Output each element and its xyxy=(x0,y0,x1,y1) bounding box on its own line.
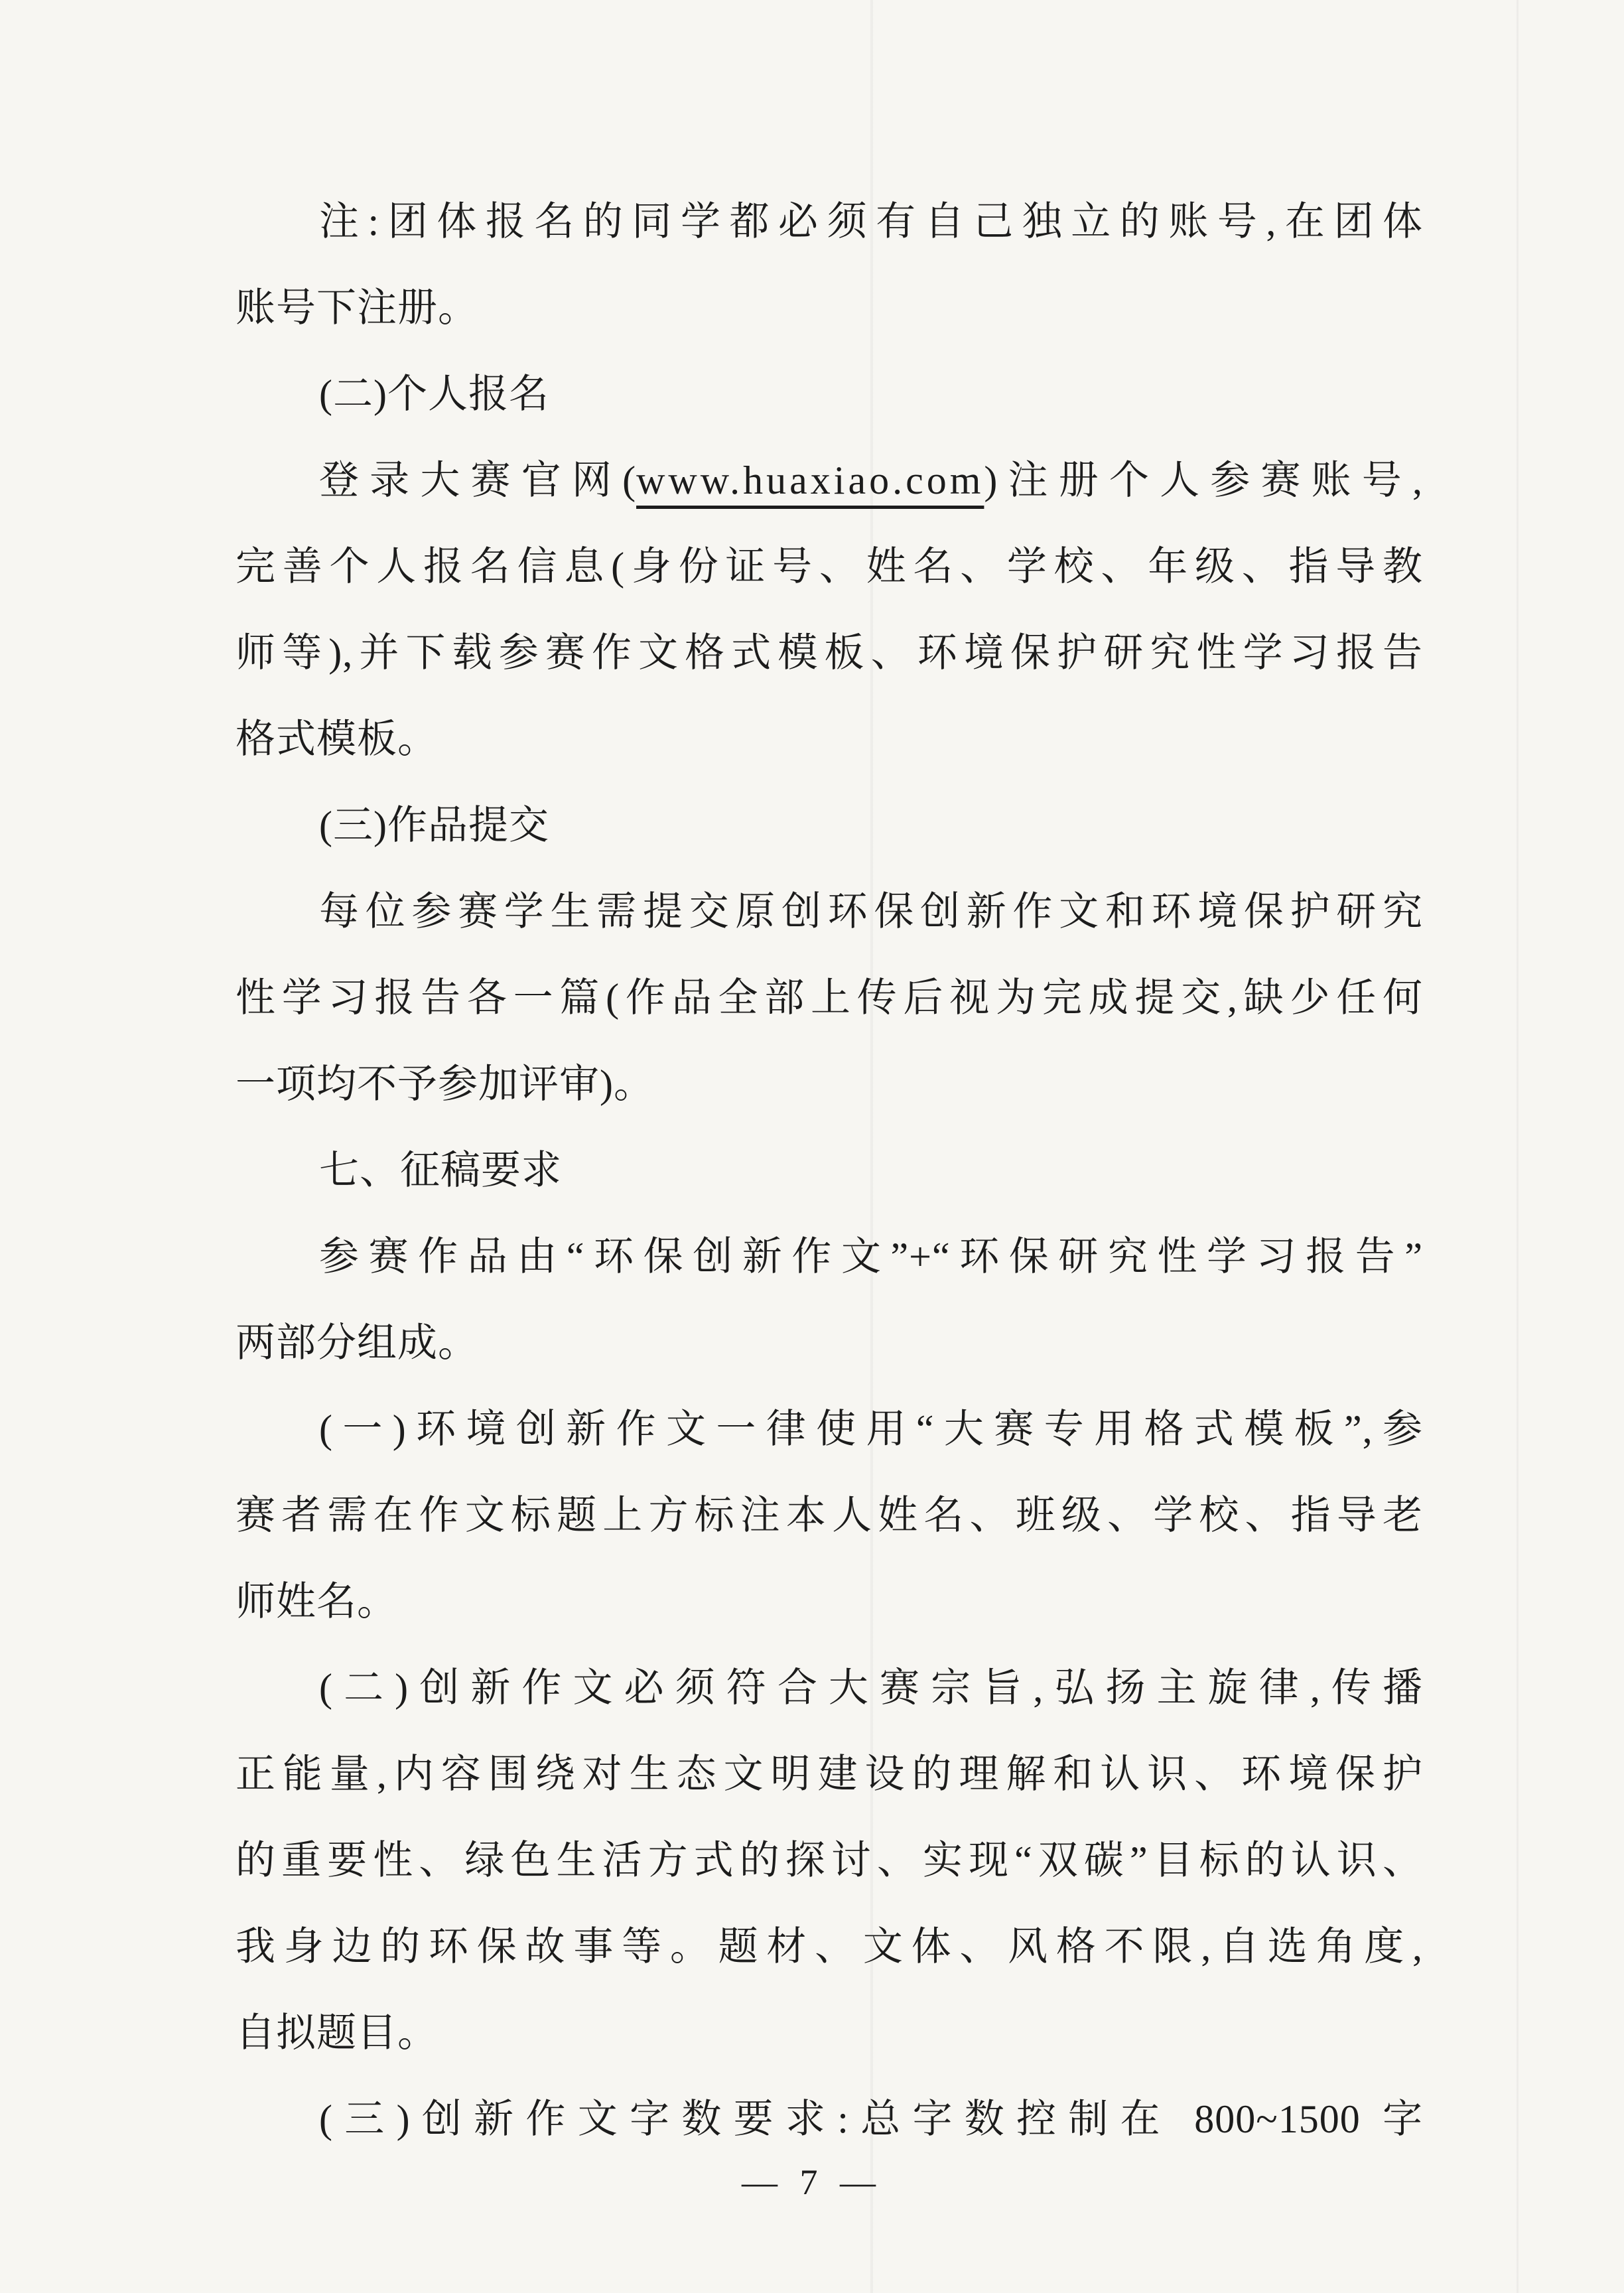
text-segment: 赛者需在作文标题上方标注本人姓名、班级、学校、指导老 xyxy=(236,1494,1423,1537)
text-segment: 师等),并下载参赛作文格式模板、环境保护研究性学习报告 xyxy=(236,631,1423,675)
text-segment: 登录大赛官网( xyxy=(319,458,636,502)
text-line-10: 性学习报告各一篇(作品全部上传后视为完成提交,缺少任何 xyxy=(236,955,1423,1041)
text-line-5: 完善个人报名信息(身份证号、姓名、学校、年级、指导教 xyxy=(236,523,1423,610)
text-line-20: 的重要性、绿色生活方式的探讨、实现“双碳”目标的认识、 xyxy=(236,1817,1423,1904)
text-line-14: 两部分组成。 xyxy=(236,1300,1423,1386)
page-number: — 7 — xyxy=(0,2162,1624,2203)
text-line-9: 每位参赛学生需提交原创环保创新作文和环境保护研究 xyxy=(236,869,1423,955)
text-line-2: 账号下注册。 xyxy=(236,265,1423,351)
text-line-22: 自拟题目。 xyxy=(236,1990,1423,2076)
text-line-6: 师等),并下载参赛作文格式模板、环境保护研究性学习报告 xyxy=(236,610,1423,696)
text-segment: (三)创新作文字数要求:总字数控制在 800~1500 字 xyxy=(319,2097,1423,2141)
text-segment: 一项均不予参加评审)。 xyxy=(236,1062,654,1106)
text-segment: 账号下注册。 xyxy=(236,286,478,330)
text-line-11: 一项均不予参加评审)。 xyxy=(236,1041,1423,1127)
text-segment: 格式模板。 xyxy=(236,717,438,761)
text-line-1: 注:团体报名的同学都必须有自己独立的账号,在团体 xyxy=(236,178,1423,265)
text-line-13: 参赛作品由“环保创新作文”+“环保研究性学习报告” xyxy=(236,1214,1423,1300)
text-segment: 注:团体报名的同学都必须有自己独立的账号,在团体 xyxy=(319,200,1423,243)
text-segment: 两部分组成。 xyxy=(236,1321,478,1365)
url-text: www.huaxiao.com xyxy=(636,458,984,502)
text-line-16: 赛者需在作文标题上方标注本人姓名、班级、学校、指导老 xyxy=(236,1472,1423,1559)
text-line-21: 我身边的环保故事等。题材、文体、风格不限,自选角度, xyxy=(236,1904,1423,1990)
text-line-3: (二)个人报名 xyxy=(236,351,1423,437)
text-line-19: 正能量,内容围绕对生态文明建设的理解和认识、环境保护 xyxy=(236,1731,1423,1817)
text-segment: 完善个人报名信息(身份证号、姓名、学校、年级、指导教 xyxy=(236,545,1423,589)
text-line-7: 格式模板。 xyxy=(236,696,1423,782)
text-line-17: 师姓名。 xyxy=(236,1559,1423,1645)
text-segment: 性学习报告各一篇(作品全部上传后视为完成提交,缺少任何 xyxy=(236,976,1423,1020)
text-line-12: 七、征稿要求 xyxy=(236,1127,1423,1214)
text-segment: 自拟题目。 xyxy=(236,2011,438,2055)
text-line-23: (三)创新作文字数要求:总字数控制在 800~1500 字 xyxy=(236,2076,1423,2162)
text-segment: (三)作品提交 xyxy=(319,803,549,847)
text-segment: 正能量,内容围绕对生态文明建设的理解和认识、环境保护 xyxy=(236,1752,1423,1796)
text-segment: 的重要性、绿色生活方式的探讨、实现“双碳”目标的认识、 xyxy=(236,1839,1423,1882)
document-body: 注:团体报名的同学都必须有自己独立的账号,在团体账号下注册。(二)个人报名登录大… xyxy=(236,178,1423,2162)
text-segment: 七、征稿要求 xyxy=(319,1148,562,1192)
text-line-4: 登录大赛官网(www.huaxiao.com)注册个人参赛账号, xyxy=(236,437,1423,523)
text-segment: )注册个人参赛账号, xyxy=(984,458,1423,502)
text-line-18: (二)创新作文必须符合大赛宗旨,弘扬主旋律,传播 xyxy=(236,1645,1423,1731)
text-segment: (二)个人报名 xyxy=(319,372,549,416)
text-segment: (二)创新作文必须符合大赛宗旨,弘扬主旋律,传播 xyxy=(319,1666,1423,1710)
text-segment: 我身边的环保故事等。题材、文体、风格不限,自选角度, xyxy=(236,1925,1423,1969)
text-segment: (一)环境创新作文一律使用“大赛专用格式模板”,参 xyxy=(319,1407,1423,1451)
text-line-8: (三)作品提交 xyxy=(236,782,1423,869)
document-page: 注:团体报名的同学都必须有自己独立的账号,在团体账号下注册。(二)个人报名登录大… xyxy=(0,0,1624,2293)
text-line-15: (一)环境创新作文一律使用“大赛专用格式模板”,参 xyxy=(236,1386,1423,1472)
text-segment: 每位参赛学生需提交原创环保创新作文和环境保护研究 xyxy=(319,890,1423,934)
text-segment: 师姓名。 xyxy=(236,1580,397,1624)
text-segment: 参赛作品由“环保创新作文”+“环保研究性学习报告” xyxy=(319,1235,1423,1279)
